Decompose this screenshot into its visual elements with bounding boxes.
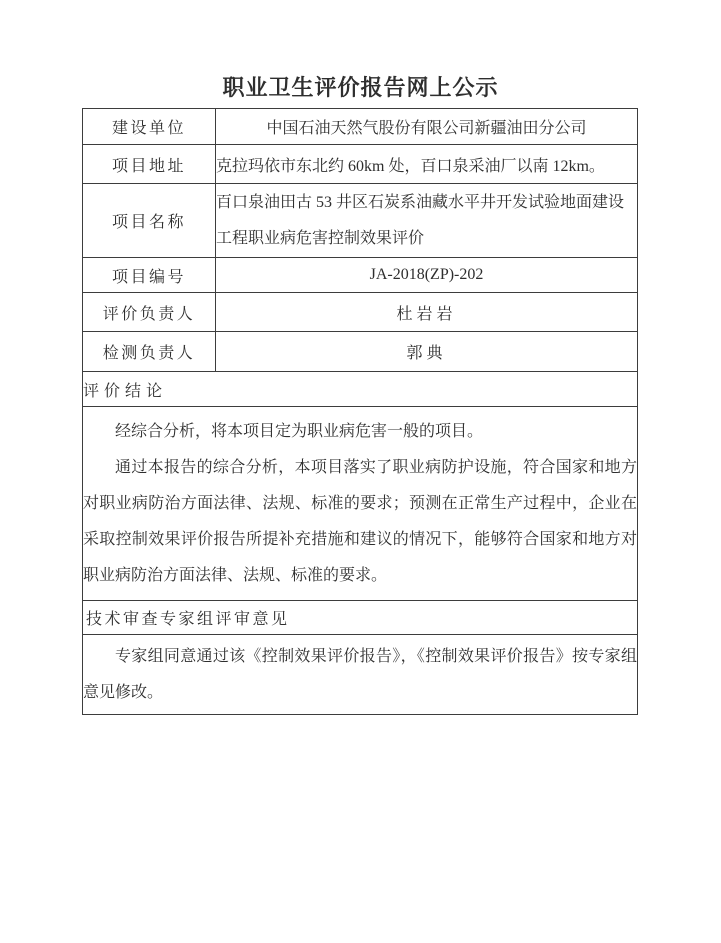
conclusion-section-body: 经综合分析，将本项目定为职业病危害一般的项目。 通过本报告的综合分析，本项目落实… xyxy=(83,407,638,601)
conclusion-paragraph-1: 经综合分析，将本项目定为职业病危害一般的项目。 xyxy=(83,414,637,450)
table-row-conclusion-header: 评价结论 xyxy=(83,372,638,407)
field-value-construction-unit: 中国石油天然气股份有限公司新疆油田分公司 xyxy=(216,109,638,145)
field-label-project-address: 项目地址 xyxy=(83,145,216,184)
field-value-project-name: 百口泉油田古 53 井区石炭系油藏水平井开发试验地面建设工程职业病危害控制效果评… xyxy=(216,184,638,258)
field-value-evaluation-leader: 杜岩岩 xyxy=(216,293,638,332)
conclusion-paragraph-2: 通过本报告的综合分析，本项目落实了职业病防护设施，符合国家和地方对职业病防治方面… xyxy=(83,450,637,594)
table-row-project-name: 项目名称 百口泉油田古 53 井区石炭系油藏水平井开发试验地面建设工程职业病危害… xyxy=(83,184,638,258)
table-row-testing-leader: 检测负责人 郭典 xyxy=(83,332,638,372)
field-label-project-name: 项目名称 xyxy=(83,184,216,258)
table-row-evaluation-leader: 评价负责人 杜岩岩 xyxy=(83,293,638,332)
page-title: 职业卫生评价报告网上公示 xyxy=(0,0,721,102)
field-label-testing-leader: 检测负责人 xyxy=(83,332,216,372)
field-label-project-number: 项目编号 xyxy=(83,258,216,293)
review-section-body: 专家组同意通过该《控制效果评价报告》，《控制效果评价报告》按专家组意见修改。 xyxy=(83,635,638,715)
table-row-project-number: 项目编号 JA-2018(ZP)-202 xyxy=(83,258,638,293)
document-page: 职业卫生评价报告网上公示 建设单位 中国石油天然气股份有限公司新疆油田分公司 项… xyxy=(0,0,721,943)
field-label-evaluation-leader: 评价负责人 xyxy=(83,293,216,332)
table-row-review-body: 专家组同意通过该《控制效果评价报告》，《控制效果评价报告》按专家组意见修改。 xyxy=(83,635,638,715)
field-label-construction-unit: 建设单位 xyxy=(83,109,216,145)
table-row-construction-unit: 建设单位 中国石油天然气股份有限公司新疆油田分公司 xyxy=(83,109,638,145)
field-value-testing-leader: 郭典 xyxy=(216,332,638,372)
review-paragraph-1: 专家组同意通过该《控制效果评价报告》，《控制效果评价报告》按专家组意见修改。 xyxy=(83,639,637,711)
conclusion-section-header: 评价结论 xyxy=(83,372,638,407)
table-row-review-header: 技术审查专家组评审意见 xyxy=(83,601,638,635)
field-value-project-number: JA-2018(ZP)-202 xyxy=(216,258,638,293)
field-value-project-address: 克拉玛依市东北约 60km 处，百口泉采油厂以南 12km。 xyxy=(216,145,638,184)
table-row-conclusion-body: 经综合分析，将本项目定为职业病危害一般的项目。 通过本报告的综合分析，本项目落实… xyxy=(83,407,638,601)
publicity-table: 建设单位 中国石油天然气股份有限公司新疆油田分公司 项目地址 克拉玛依市东北约 … xyxy=(82,108,638,715)
table-row-project-address: 项目地址 克拉玛依市东北约 60km 处，百口泉采油厂以南 12km。 xyxy=(83,145,638,184)
review-section-header: 技术审查专家组评审意见 xyxy=(83,601,638,635)
